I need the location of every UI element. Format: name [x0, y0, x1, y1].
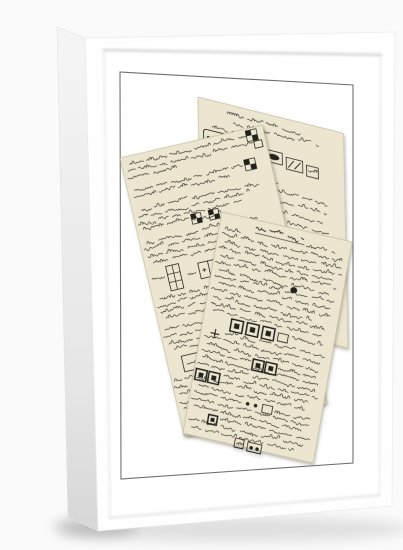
framed-artwork-photo: [0, 0, 403, 550]
artwork-canvas: [0, 0, 403, 550]
